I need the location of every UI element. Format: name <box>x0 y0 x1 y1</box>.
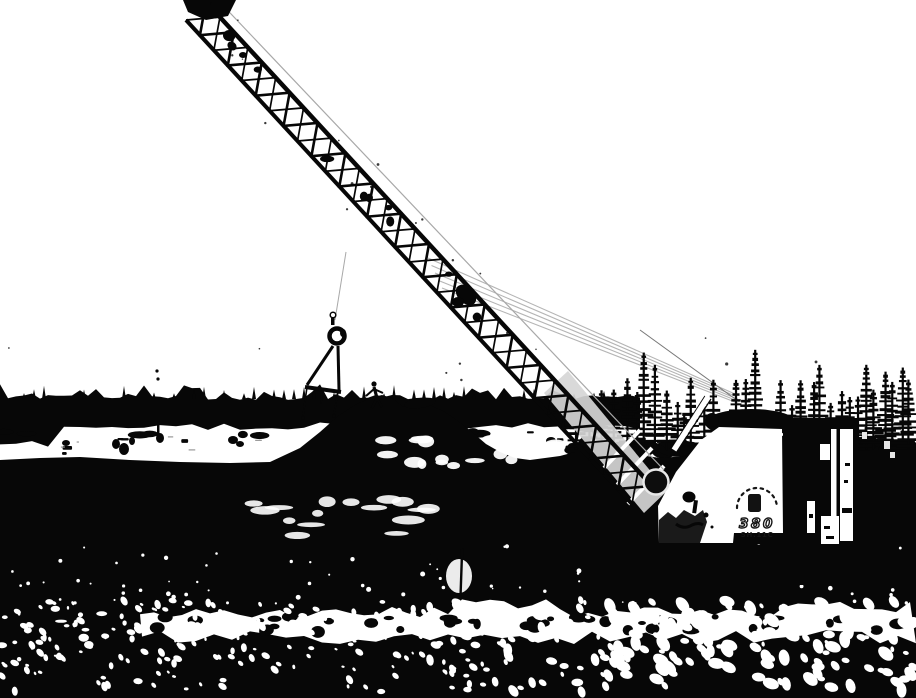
emblem-center-icon <box>748 494 761 512</box>
model-suffix-label: SH.11C <box>741 530 774 539</box>
construction-site-photo: 380 SH.11C <box>0 0 916 698</box>
photo-canvas: 380 SH.11C <box>0 0 916 698</box>
